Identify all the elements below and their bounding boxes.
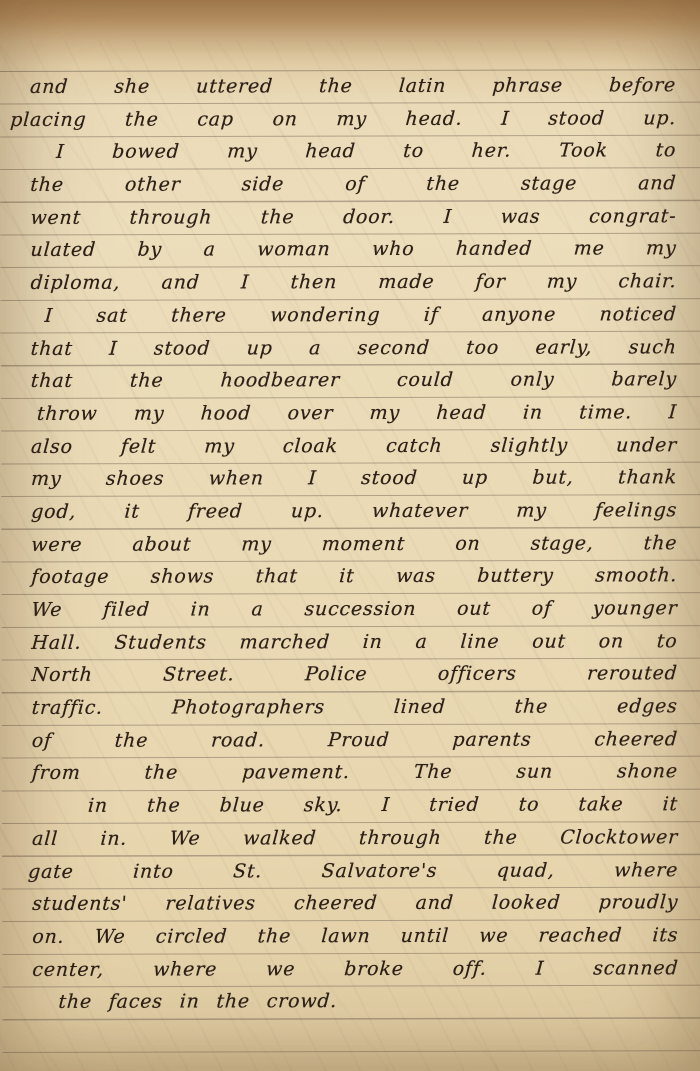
handwriting-line: I bowed my head to her. Took to — [0, 136, 700, 171]
handwriting-line: and she uttered the latin phrase before — [0, 70, 700, 105]
handwriting-line: that I stood up a second too early, such — [0, 332, 700, 367]
handwriting-line: I sat there wondering if anyone noticed — [0, 299, 700, 334]
handwriting-line: the other side of the stage and — [0, 168, 700, 203]
handwriting-line: that the hoodbearer could only barely — [0, 364, 700, 399]
handwriting-line: North Street. Police officers rerouted — [0, 659, 700, 694]
handwriting-line: were about my moment on stage, the — [0, 528, 700, 563]
handwriting-line: footage shows that it was buttery smooth… — [0, 560, 700, 595]
handwriting-line: Hall. Students marched in a line out on … — [0, 626, 700, 661]
handwriting-line: We filed in a succession out of younger — [0, 593, 700, 628]
handwriting-line: the faces in the crowd. — [1, 985, 700, 1020]
handwriting-line: traffic. Photographers lined the edges — [1, 691, 700, 726]
handwriting-line: throw my hood over my head in time. I — [0, 397, 700, 432]
handwriting-line: center, where we broke off. I scanned — [1, 953, 700, 988]
handwriting-line: students' relatives cheered and looked p… — [1, 887, 700, 922]
handwriting-line: of the road. Proud parents cheered — [1, 724, 700, 759]
handwriting-line: on. We circled the lawn until we reached… — [1, 920, 700, 955]
handwriting-line: diploma, and I then made for my chair. — [0, 266, 700, 301]
handwriting-line: went through the door. I was congrat- — [0, 201, 700, 236]
handwriting-line: placing the cap on my head. I stood up. — [0, 103, 700, 138]
handwriting-line: all in. We walked through the Clocktower — [1, 822, 700, 857]
handwritten-text: and she uttered the latin phrase before … — [0, 70, 700, 1020]
handwriting-line: from the pavement. The sun shone — [1, 757, 700, 792]
handwriting-line: my shoes when I stood up but, thank — [0, 462, 700, 497]
handwriting-line: gate into St. Salvatore's quad, where — [1, 855, 700, 890]
handwriting-line: god, it freed up. whatever my feelings — [0, 495, 700, 530]
handwriting-line: ulated by a woman who handed me my — [0, 234, 700, 269]
handwriting-line: in the blue sky. I tried to take it — [1, 789, 700, 824]
handwriting-line: also felt my cloak catch slightly under — [0, 430, 700, 465]
notebook-photo: and she uttered the latin phrase before … — [0, 0, 700, 1071]
